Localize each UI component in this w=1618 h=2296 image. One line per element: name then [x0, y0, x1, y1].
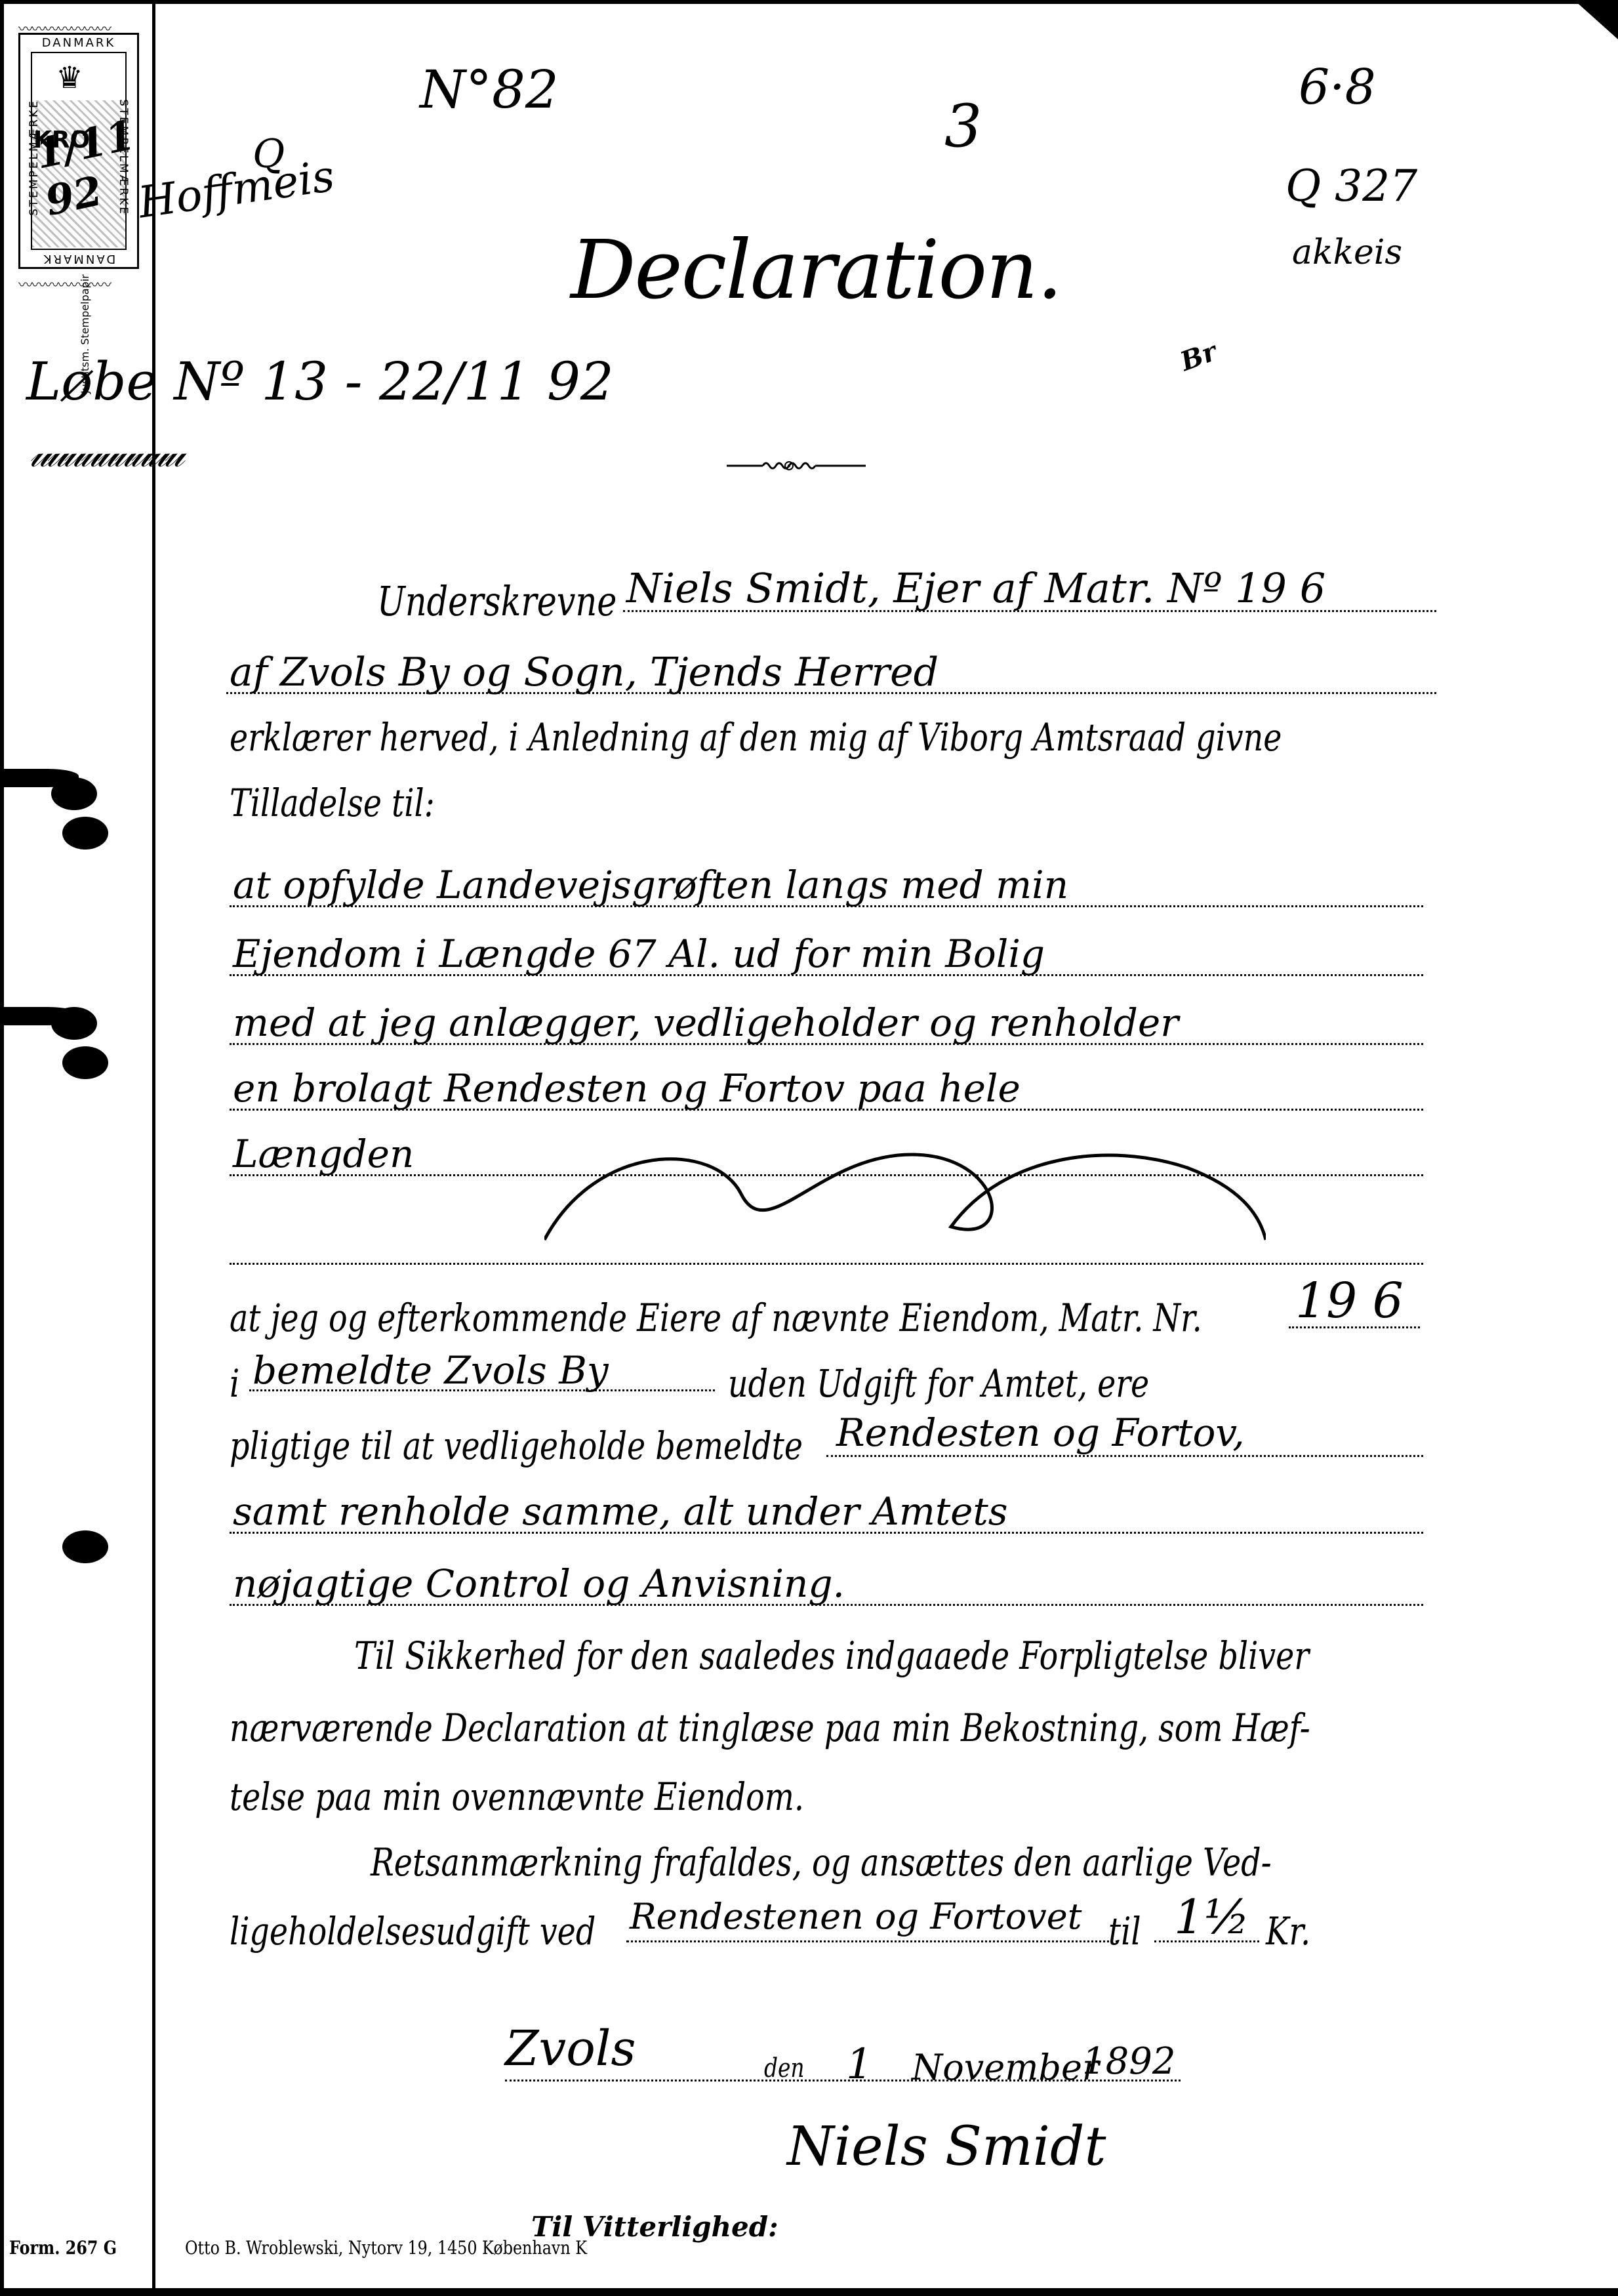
stamp-perforation-bottom: 〰〰〰〰〰〰〰: [18, 274, 110, 295]
permission-text-3: med at jeg anlægger, vedligeholder og re…: [233, 1000, 1179, 1045]
punch-hole: [62, 1530, 108, 1563]
obligation-line-2-suffix: uden Udgift for Amtet, ere: [728, 1361, 1149, 1406]
reference-note: akkeis: [1292, 233, 1402, 272]
document-number: N°82: [420, 59, 559, 120]
place-name: Zvols: [505, 2020, 636, 2077]
revenue-stamp: DANMARK DANMARK STEMPELMÆRKE STEMPELMÆRK…: [18, 33, 139, 269]
permission-text-1: at opfylde Landevejsgrøften langs med mi…: [233, 863, 1068, 907]
cancel-signature: Hoffmeis: [135, 150, 337, 228]
punch-hole: [62, 1046, 108, 1079]
crown-icon: ♛: [47, 61, 92, 94]
remark-amount: 1½: [1174, 1889, 1250, 1944]
punch-hole: [51, 777, 97, 810]
margin-rule: [152, 0, 155, 2296]
punch-hole: [62, 817, 108, 850]
obligation-line-1: at jeg og efterkommende Eiere af nævnte …: [230, 1296, 1202, 1340]
obligation-line-3-prefix: pligtige til at vedligeholde bemeldte: [230, 1424, 803, 1468]
date-den: den: [764, 2053, 805, 2083]
check-mark: Br: [1177, 336, 1221, 377]
page-bottom-edge: [0, 2288, 1618, 2296]
form-number: Form. 267 G: [9, 2237, 117, 2259]
obligation-hand-text-2: nøjagtige Control og Anvisning.: [233, 1561, 845, 1606]
obligation-item-fill: [826, 1455, 1423, 1457]
remark-til: til: [1108, 1909, 1141, 1954]
page-top-edge: [0, 0, 1618, 4]
security-line-2: nærværende Declaration at tinglæse paa m…: [230, 1706, 1310, 1750]
reference-q-number: Q 327: [1285, 161, 1417, 211]
location-text: af Zvols By og Sogn, Tjends Herred: [230, 649, 939, 695]
page-number: 3: [944, 92, 982, 161]
document-title: Declaration.: [571, 223, 1061, 318]
permission-label: Tilladelse til:: [230, 781, 435, 825]
obligation-location: bemeldte Zvols By: [253, 1348, 609, 1393]
security-line-1: Til Sikkerhed for den saaledes indgaaede…: [354, 1633, 1309, 1678]
remark-currency: Kr.: [1266, 1909, 1310, 1954]
obligation-line-2-prefix: i: [230, 1361, 239, 1406]
remark-item: Rendestenen og Fortovet: [630, 1896, 1082, 1937]
remark-line-2-prefix: ligeholdelsesudgift ved: [230, 1909, 596, 1954]
date-year: 1892: [1082, 2040, 1176, 2083]
permission-text-2: Ejendom i Længde 67 Al. ud for min Bolig: [233, 932, 1045, 976]
remark-line-1: Retsanmærkning frafaldes, og ansættes de…: [371, 1840, 1272, 1885]
reference-code: 6·8: [1299, 59, 1376, 115]
obligation-hand-text-1: samt renholde samme, alt under Amtets: [233, 1489, 1008, 1534]
matr-nr-value: 19 6: [1295, 1273, 1404, 1329]
undersigned-name: Niels Smidt, Ejer af Matr. Nº 19 6: [626, 564, 1325, 612]
permission-text-4: en brolagt Rendesten og Fortov paa hele: [233, 1066, 1021, 1111]
line-fill-flourish: [544, 1115, 1266, 1246]
stamp-country-bottom: DANMARK: [20, 252, 137, 266]
stamp-cancel-date: 1/11 92: [31, 111, 148, 225]
registry-flourish: 𝓊𝓊𝓊𝓊𝓊𝓊𝓊𝓊𝓊: [30, 433, 180, 476]
obligation-item: Rendesten og Fortov,: [836, 1410, 1245, 1455]
stamp-perforation-top: 〰〰〰〰〰〰〰: [18, 18, 110, 39]
permission-text-5: Længden: [233, 1132, 414, 1176]
title-ornament-divider: [727, 459, 866, 472]
date-day: 1: [846, 2040, 873, 2089]
remark-item-fill: [626, 1940, 1118, 1942]
blank-fill-line: [230, 1263, 1423, 1265]
undersigned-label: Underskrevne: [377, 577, 617, 625]
declare-line: erklærer herved, i Anledning af den mig …: [230, 715, 1282, 760]
punch-hole: [51, 1007, 97, 1040]
registry-number: Løbe Nº 13 - 22/11 92: [26, 351, 614, 412]
signature: Niels Smidt: [787, 2116, 1106, 2178]
printer-imprint: Otto B. Wroblewski, Nytorv 19, 1450 Købe…: [185, 2237, 587, 2259]
date-month: November: [912, 2047, 1099, 2088]
folded-corner: [1574, 0, 1618, 39]
page-left-edge: [0, 0, 4, 2296]
security-line-3: telse paa min ovennævnte Eiendom.: [230, 1774, 804, 1819]
